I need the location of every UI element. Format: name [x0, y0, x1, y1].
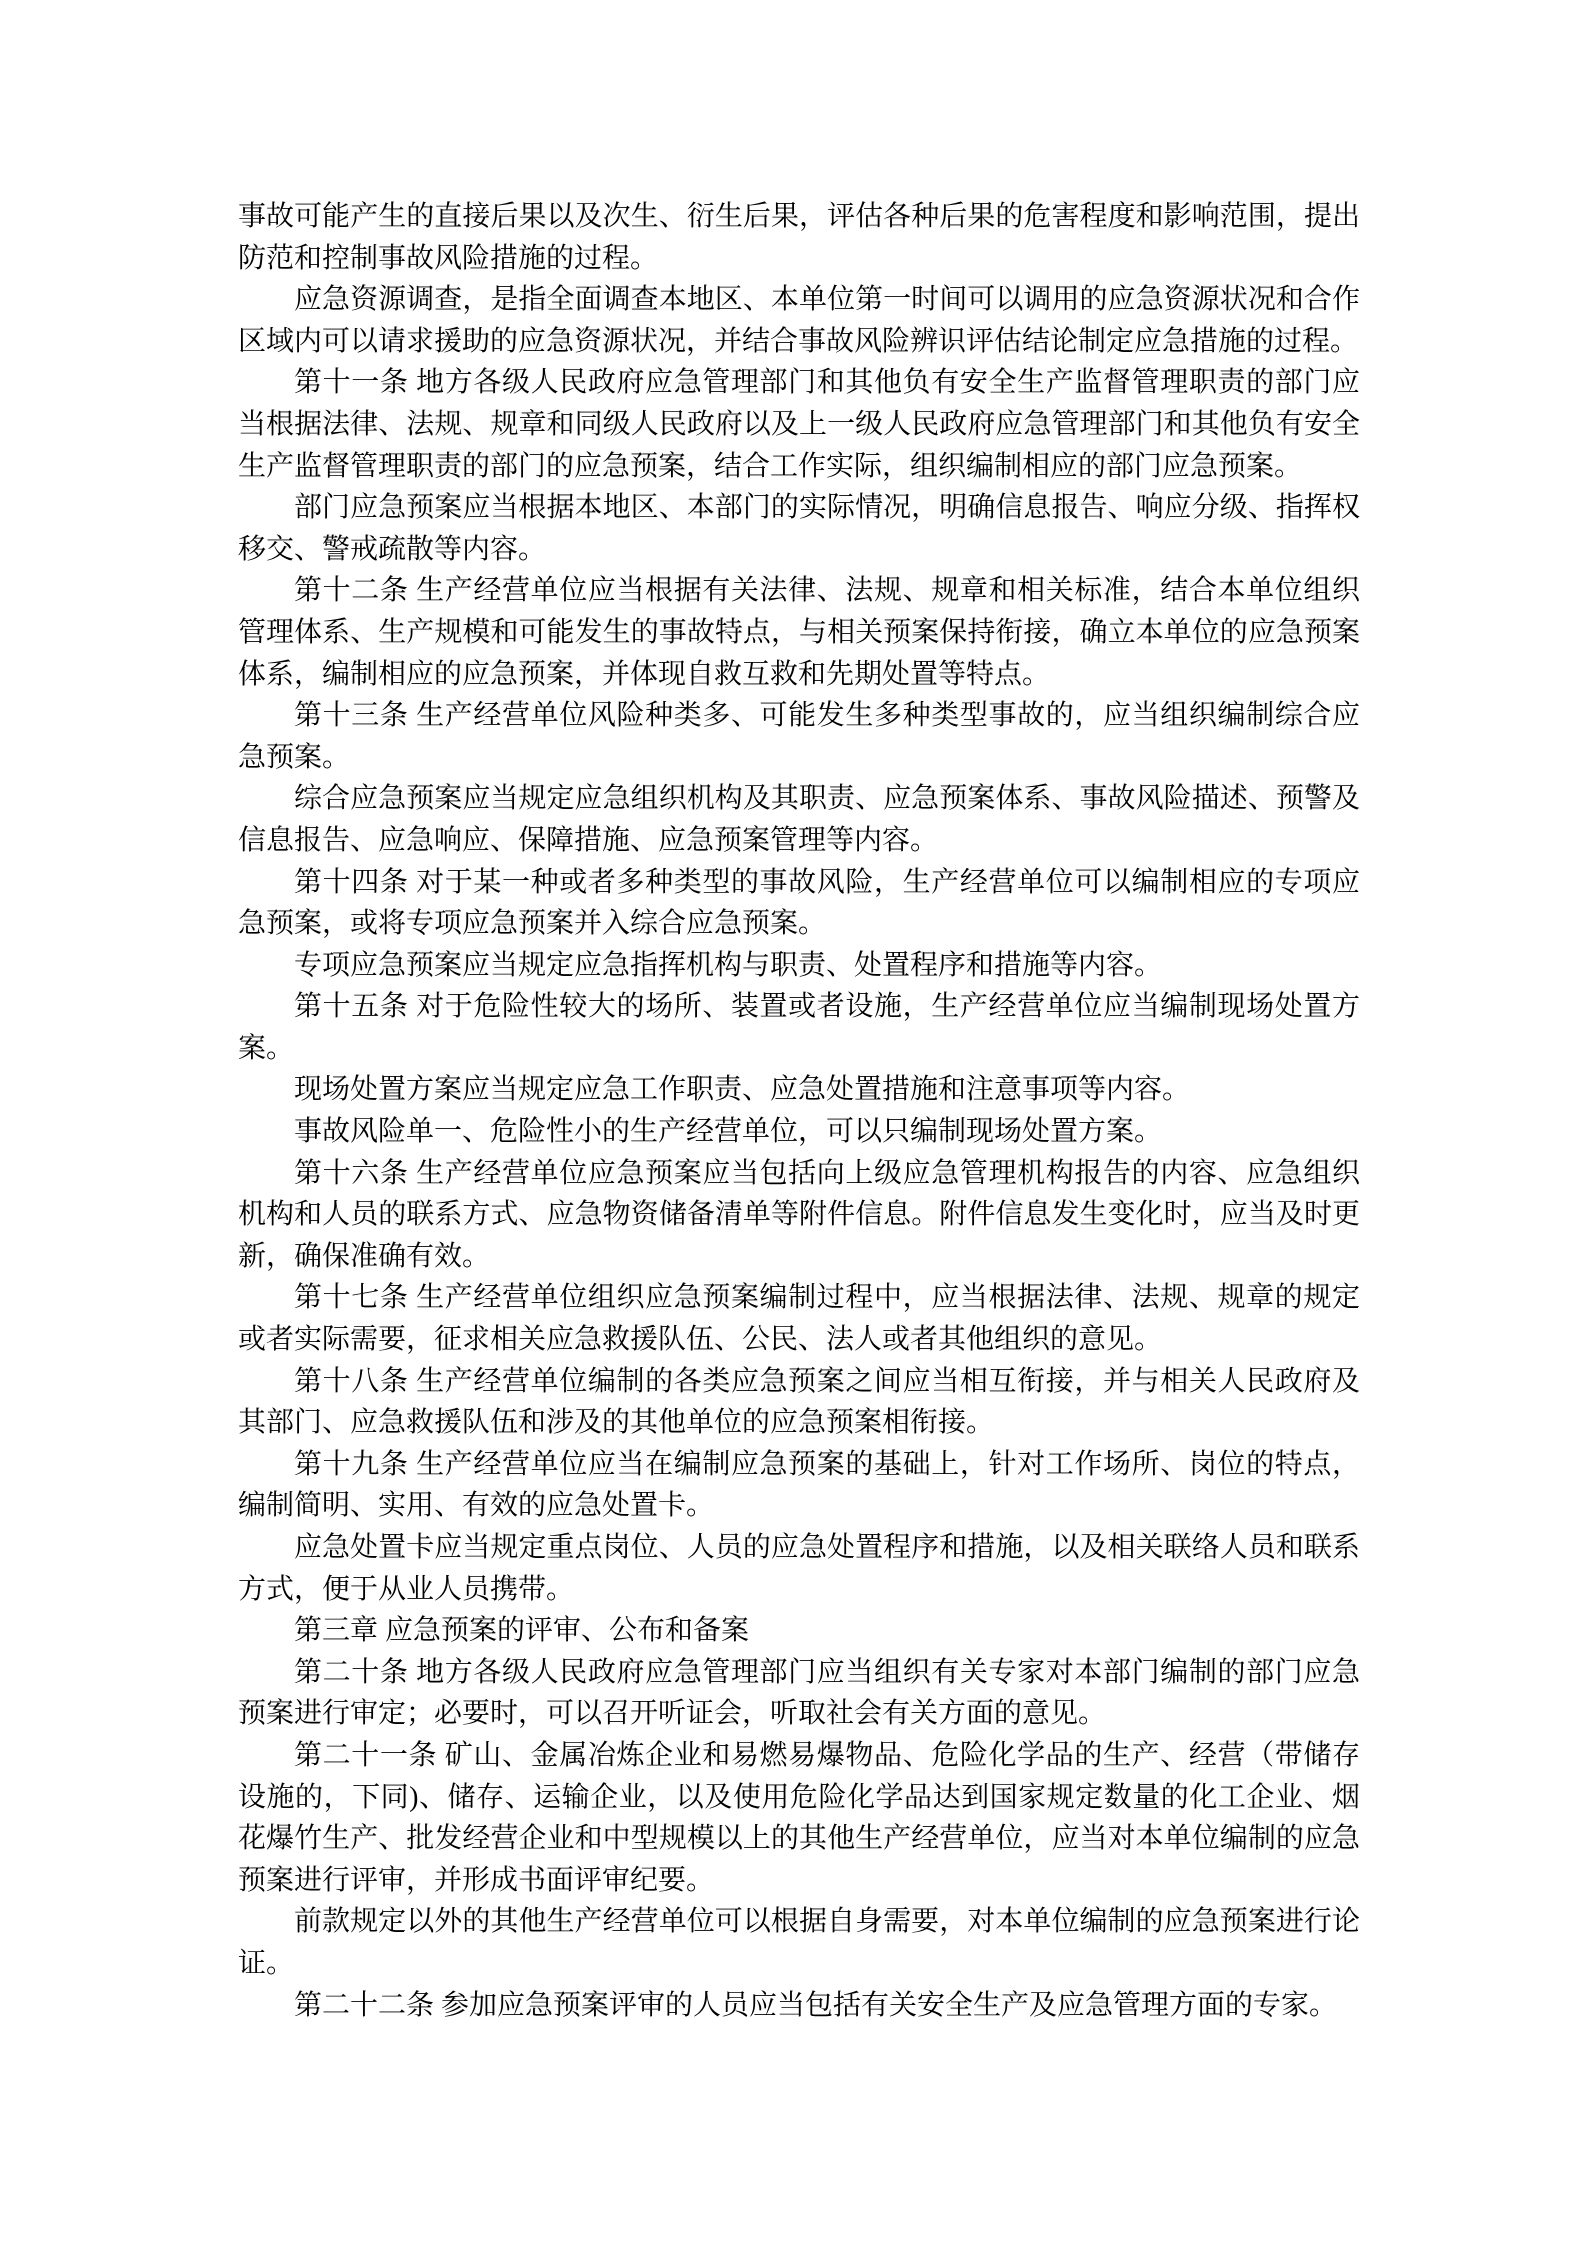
paragraph-article-13: 第十三条 生产经营单位风险种类多、可能发生多种类型事故的，应当组织编制综合应急预… — [238, 695, 1360, 778]
paragraph-article-14: 第十四条 对于某一种或者多种类型的事故风险，生产经营单位可以编制相应的专项应急预… — [238, 862, 1360, 945]
document-page: 事故可能产生的直接后果以及次生、衍生后果，评估各种后果的危害程度和影响范围，提出… — [0, 0, 1587, 2245]
document-text-block: 事故可能产生的直接后果以及次生、衍生后果，评估各种后果的危害程度和影响范围，提出… — [238, 196, 1360, 2026]
paragraph-article-15-clause-2: 现场处置方案应当规定应急工作职责、应急处置措施和注意事项等内容。 — [238, 1069, 1360, 1111]
paragraph-article-15-clause-3: 事故风险单一、危险性小的生产经营单位，可以只编制现场处置方案。 — [238, 1111, 1360, 1153]
paragraph-article-11: 第十一条 地方各级人民政府应急管理部门和其他负有安全生产监督管理职责的部门应当根… — [238, 362, 1360, 487]
paragraph-definition-resource-survey: 应急资源调查，是指全面调查本地区、本单位第一时间可以调用的应急资源状况和合作区域… — [238, 279, 1360, 362]
paragraph-article-13-clause-2: 综合应急预案应当规定应急组织机构及其职责、应急预案体系、事故风险描述、预警及信息… — [238, 778, 1360, 861]
paragraph-article-16: 第十六条 生产经营单位应急预案应当包括向上级应急管理机构报告的内容、应急组织机构… — [238, 1153, 1360, 1278]
paragraph-article-17: 第十七条 生产经营单位组织应急预案编制过程中，应当根据法律、法规、规章的规定或者… — [238, 1277, 1360, 1360]
paragraph-article-19: 第十九条 生产经营单位应当在编制应急预案的基础上，针对工作场所、岗位的特点，编制… — [238, 1444, 1360, 1527]
paragraph-article-14-clause-2: 专项应急预案应当规定应急指挥机构与职责、处置程序和措施等内容。 — [238, 945, 1360, 987]
paragraph-article-19-clause-2: 应急处置卡应当规定重点岗位、人员的应急处置程序和措施，以及相关联络人员和联系方式… — [238, 1527, 1360, 1610]
paragraph-article-21-clause-2: 前款规定以外的其他生产经营单位可以根据自身需要，对本单位编制的应急预案进行论证。 — [238, 1901, 1360, 1984]
paragraph-article-18: 第十八条 生产经营单位编制的各类应急预案之间应当相互衔接，并与相关人民政府及其部… — [238, 1361, 1360, 1444]
paragraph-article-22: 第二十二条 参加应急预案评审的人员应当包括有关安全生产及应急管理方面的专家。 — [238, 1985, 1360, 2027]
paragraph-continuation: 事故可能产生的直接后果以及次生、衍生后果，评估各种后果的危害程度和影响范围，提出… — [238, 196, 1360, 279]
paragraph-article-12: 第十二条 生产经营单位应当根据有关法律、法规、规章和相关标准，结合本单位组织管理… — [238, 570, 1360, 695]
chapter-3-heading: 第三章 应急预案的评审、公布和备案 — [238, 1610, 1360, 1652]
paragraph-article-21: 第二十一条 矿山、金属冶炼企业和易燃易爆物品、危险化学品的生产、经营（带储存设施… — [238, 1735, 1360, 1901]
paragraph-article-15: 第十五条 对于危险性较大的场所、装置或者设施，生产经营单位应当编制现场处置方案。 — [238, 986, 1360, 1069]
paragraph-article-20: 第二十条 地方各级人民政府应急管理部门应当组织有关专家对本部门编制的部门应急预案… — [238, 1652, 1360, 1735]
paragraph-article-11-clause-2: 部门应急预案应当根据本地区、本部门的实际情况，明确信息报告、响应分级、指挥权移交… — [238, 487, 1360, 570]
